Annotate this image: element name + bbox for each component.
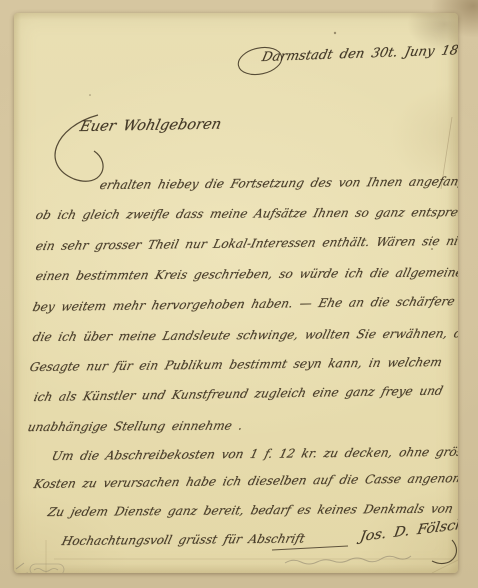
salutation: Euer Wohlgeboren: [78, 117, 223, 135]
pencil-annotation-bottom-left: [16, 563, 28, 573]
body-line: ob ich gleich zweifle dass meine Aufsätz…: [34, 204, 458, 222]
pencil-annotation-below-signature: [285, 556, 411, 564]
closing-dash-icon: [272, 546, 348, 550]
mat-background: Darmstadt den 30t. Juny 1806 Euer Wohlge…: [0, 0, 478, 588]
closing-line: Hochachtungsvoll grüsst für Abschrift: [60, 531, 306, 548]
body-line: unabhängige Stellung einnehme .: [26, 419, 244, 434]
signature-flourish-icon: [432, 540, 456, 564]
letter-paper: Darmstadt den 30t. Juny 1806 Euer Wohlge…: [14, 13, 458, 573]
